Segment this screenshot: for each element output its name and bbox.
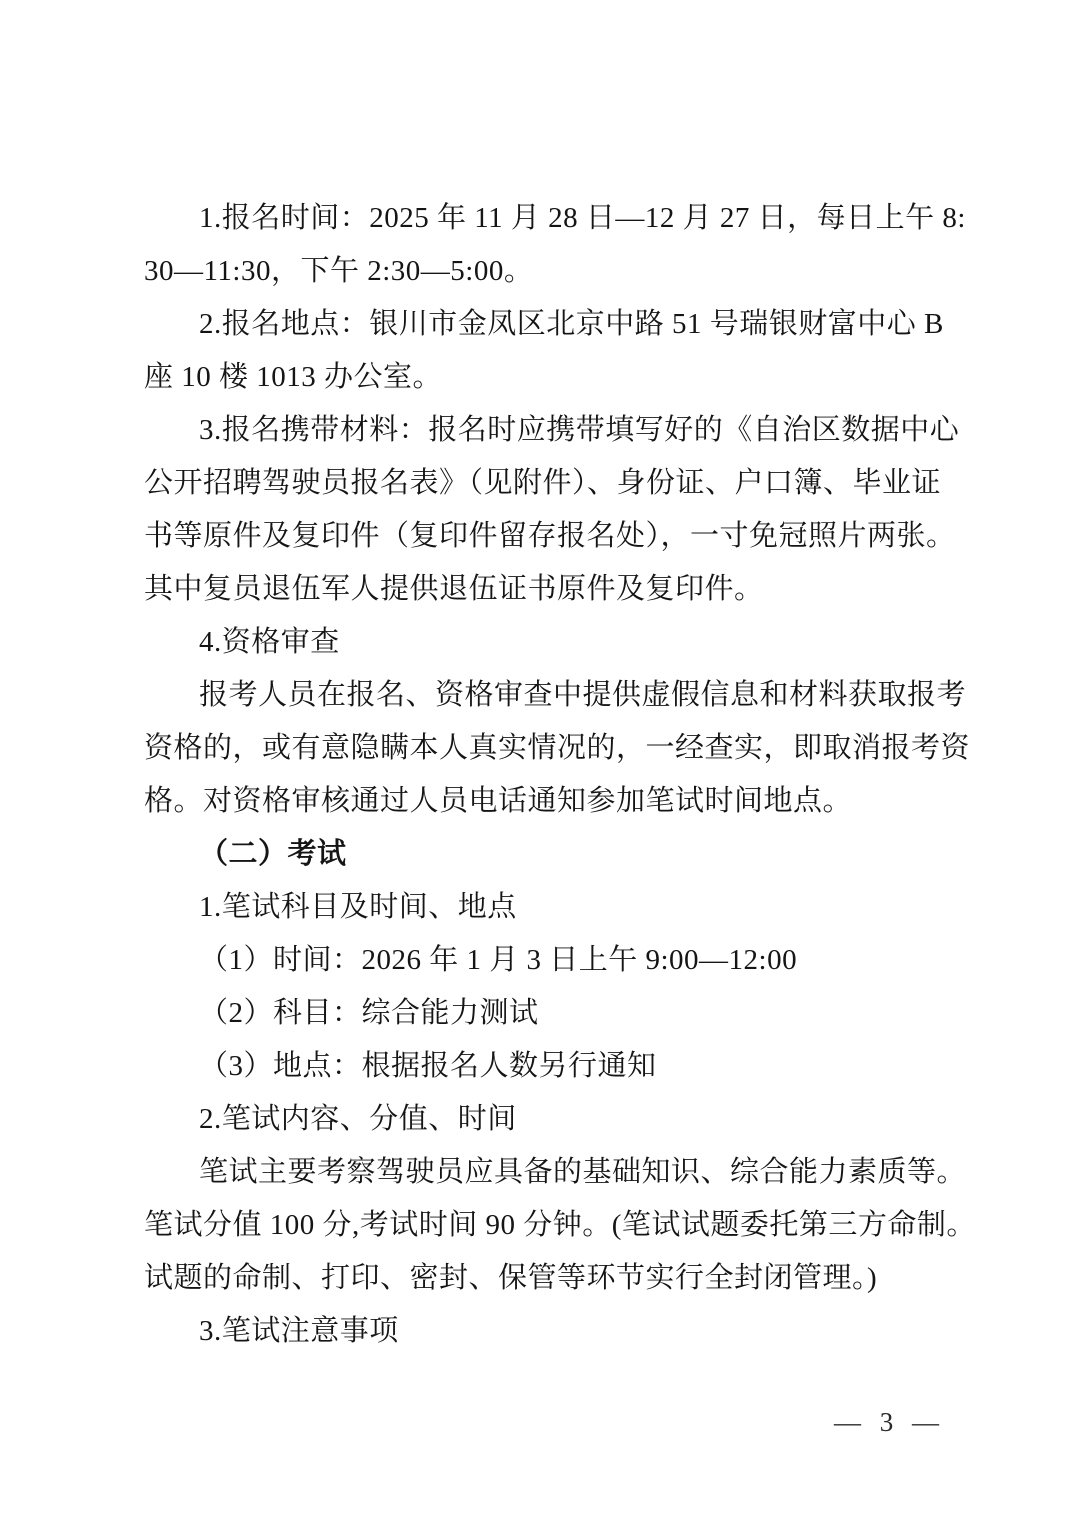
paragraph-exam-section-heading: （二）考试 <box>144 828 946 881</box>
paragraph-registration-place: 2.报名地点：银川市金凤区北京中路 51 号瑞银财富中心 B 座 10 楼 10… <box>144 298 946 404</box>
text-line: 资格的，或有意隐瞒本人真实情况的，一经查实，即取消报考资 <box>144 722 946 775</box>
text-line: （2）科目：综合能力测试 <box>144 987 946 1040</box>
text-line: 笔试主要考察驾驶员应具备的基础知识、综合能力素质等。 <box>144 1146 946 1199</box>
text-line: 3.报名携带材料：报名时应携带填写好的《自治区数据中心 <box>144 404 946 457</box>
text-line: 30—11:30，下午 2:30—5:00。 <box>144 245 946 298</box>
text-line: 2.报名地点：银川市金凤区北京中路 51 号瑞银财富中心 B <box>144 298 946 351</box>
page-number: — 3 — <box>834 1404 945 1440</box>
document-page: 1.报名时间：2025 年 11 月 28 日—12 月 27 日，每日上午 8… <box>0 0 1074 1520</box>
text-line: 试题的命制、打印、密封、保管等环节实行全封闭管理。) <box>144 1252 946 1305</box>
paragraph-exam-place: （3）地点：根据报名人数另行通知 <box>144 1040 946 1093</box>
text-line: 1.报名时间：2025 年 11 月 28 日—12 月 27 日，每日上午 8… <box>144 192 946 245</box>
paragraph-written-exam-content-body: 笔试主要考察驾驶员应具备的基础知识、综合能力素质等。 笔试分值 100 分,考试… <box>144 1146 946 1305</box>
text-line: 公开招聘驾驶员报名表》（见附件）、身份证、户口簿、毕业证 <box>144 457 946 510</box>
paragraph-qualification-review-body: 报考人员在报名、资格审查中提供虚假信息和材料获取报考 资格的，或有意隐瞒本人真实… <box>144 669 946 828</box>
section-heading: （二）考试 <box>144 828 946 881</box>
text-line: 笔试分值 100 分,考试时间 90 分钟。(笔试试题委托第三方命制。 <box>144 1199 946 1252</box>
text-line: 其中复员退伍军人提供退伍证书原件及复印件。 <box>144 563 946 616</box>
text-line: （3）地点：根据报名人数另行通知 <box>144 1040 946 1093</box>
text-line: 书等原件及复印件（复印件留存报名处），一寸免冠照片两张。 <box>144 510 946 563</box>
text-line: 2.笔试内容、分值、时间 <box>144 1093 946 1146</box>
text-line: 座 10 楼 1013 办公室。 <box>144 351 946 404</box>
text-line: （1）时间：2026 年 1 月 3 日上午 9:00—12:00 <box>144 934 946 987</box>
text-line: 报考人员在报名、资格审查中提供虚假信息和材料获取报考 <box>144 669 946 722</box>
paragraph-written-exam-content-title: 2.笔试内容、分值、时间 <box>144 1093 946 1146</box>
text-line: 3.笔试注意事项 <box>144 1305 946 1358</box>
text-line: 1.笔试科目及时间、地点 <box>144 881 946 934</box>
document-body: 1.报名时间：2025 年 11 月 28 日—12 月 27 日，每日上午 8… <box>144 192 946 1358</box>
paragraph-registration-time: 1.报名时间：2025 年 11 月 28 日—12 月 27 日，每日上午 8… <box>144 192 946 298</box>
paragraph-written-exam-notes-title: 3.笔试注意事项 <box>144 1305 946 1358</box>
paragraph-exam-subject: （2）科目：综合能力测试 <box>144 987 946 1040</box>
paragraph-registration-materials: 3.报名携带材料：报名时应携带填写好的《自治区数据中心 公开招聘驾驶员报名表》（… <box>144 404 946 616</box>
text-line: 格。对资格审核通过人员电话通知参加笔试时间地点。 <box>144 775 946 828</box>
paragraph-qualification-review-title: 4.资格审查 <box>144 616 946 669</box>
paragraph-exam-time: （1）时间：2026 年 1 月 3 日上午 9:00—12:00 <box>144 934 946 987</box>
paragraph-written-exam-subject-time-place: 1.笔试科目及时间、地点 <box>144 881 946 934</box>
text-line: 4.资格审查 <box>144 616 946 669</box>
